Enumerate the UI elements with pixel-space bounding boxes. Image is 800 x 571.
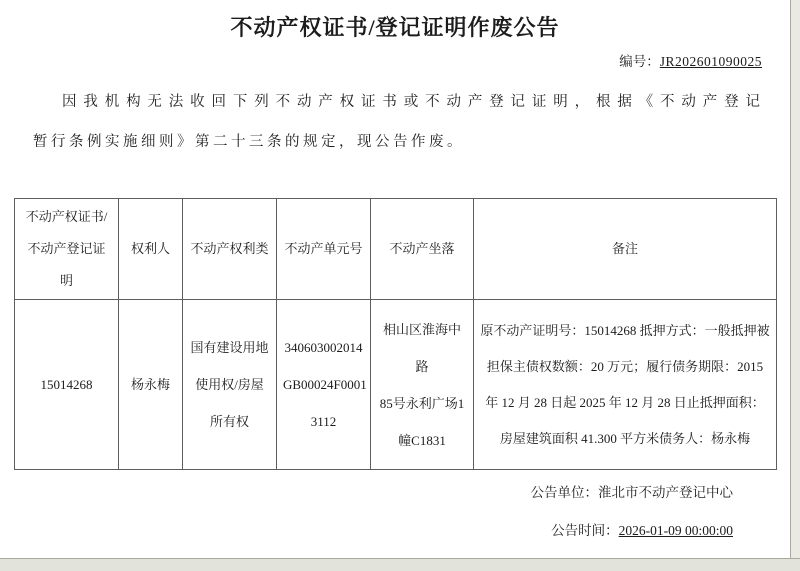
doc-number: 编号：JR202601090025	[0, 50, 790, 70]
cell-certificate-no: 15014268	[15, 300, 119, 470]
doc-number-value: JR202601090025	[660, 54, 762, 69]
header-unit-no: 不动产单元号	[277, 199, 371, 300]
announcement-table: 不动产权证书/ 不动产登记证 明 权利人 不动产权利类 不动产单元号 不动产坐落…	[14, 198, 777, 470]
intro-paragraph: 因我机构无法收回下列不动产权证书或不动产登记证明，根据《不动产登记 暂行条例实施…	[33, 82, 760, 162]
doc-number-label: 编号：	[619, 54, 660, 69]
announce-unit-line: 公告单位：淮北市不动产登记中心	[0, 481, 733, 501]
header-right-type: 不动产权利类	[183, 199, 277, 300]
header-remark: 备注	[474, 199, 777, 300]
page-title: 不动产权证书/登记证明作废公告	[0, 11, 790, 42]
page-bottom-edge	[0, 558, 800, 571]
announce-time-label: 公告时间：	[551, 523, 619, 538]
announce-time-value: 2026-01-09 00:00:00	[619, 523, 733, 538]
cell-unit-no: 340603002014 GB00024F0001 3112	[277, 300, 371, 470]
announcement-page: 不动产权证书/登记证明作废公告 编号：JR202601090025 因我机构无法…	[0, 0, 790, 557]
cell-holder: 杨永梅	[119, 300, 183, 470]
announce-unit-label: 公告单位：	[531, 485, 599, 500]
header-certificate-no: 不动产权证书/ 不动产登记证 明	[15, 199, 119, 300]
page-right-edge	[790, 0, 800, 571]
intro-line-1: 因我机构无法收回下列不动产权证书或不动产登记证明，根据《不动产登记	[33, 82, 760, 122]
cell-location: 相山区淮海中路 85号永利广场1 幢C1831	[371, 300, 474, 470]
announce-unit-value: 淮北市不动产登记中心	[598, 485, 733, 500]
cell-right-type: 国有建设用地 使用权/房屋 所有权	[183, 300, 277, 470]
header-holder: 权利人	[119, 199, 183, 300]
table-header-row: 不动产权证书/ 不动产登记证 明 权利人 不动产权利类 不动产单元号 不动产坐落…	[15, 199, 777, 300]
table-row: 15014268 杨永梅 国有建设用地 使用权/房屋 所有权 340603002…	[15, 300, 777, 470]
header-location: 不动产坐落	[371, 199, 474, 300]
cell-remark: 原不动产证明号：15014268 抵押方式：一般抵押被 担保主债权数额：20 万…	[474, 300, 777, 470]
intro-line-2: 暂行条例实施细则》第二十三条的规定，现公告作废。	[33, 122, 760, 162]
footer: 公告单位：淮北市不动产登记中心 公告时间：2026-01-09 00:00:00	[0, 481, 790, 539]
announce-time-line: 公告时间：2026-01-09 00:00:00	[0, 519, 733, 539]
